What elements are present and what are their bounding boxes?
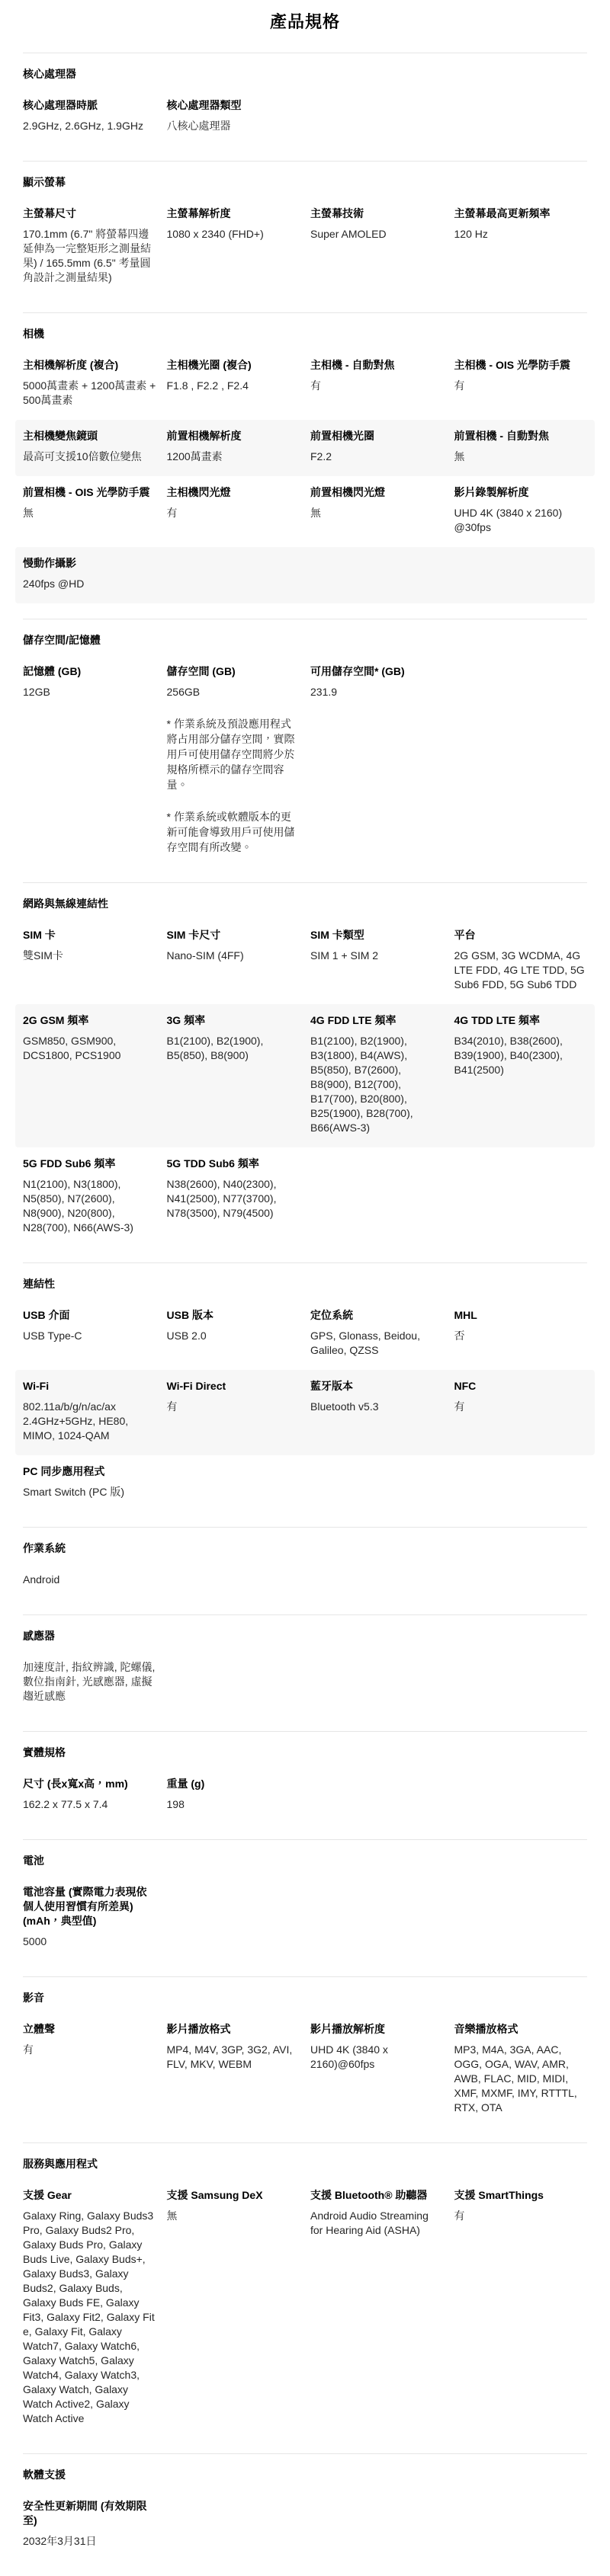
spec-value: N38(2600), N40(2300), N41(2500), N77(370… xyxy=(167,1177,300,1221)
section-title: 實體規格 xyxy=(23,1746,587,1760)
spec-section: 感應器 加速度計, 指紋辨識, 陀螺儀, 數位指南針, 光感應器, 虛擬趨近感應 xyxy=(15,1615,595,1731)
spec-value: 加速度計, 指紋辨識, 陀螺儀, 數位指南針, 光感應器, 虛擬趨近感應 xyxy=(23,1660,156,1704)
spec-value: B1(2100), B2(1900), B5(850), B8(900) xyxy=(167,1034,300,1063)
spec-label: 核心處理器時脈 xyxy=(23,98,156,113)
spec-value: F1.8 , F2.2 , F2.4 xyxy=(167,379,300,393)
spec-value: 有 xyxy=(454,1400,588,1414)
spec-label: Wi-Fi xyxy=(23,1379,156,1394)
spec-label: 平台 xyxy=(454,928,588,942)
spec-row: 立體聲 有 影片播放格式 MP4, M4V, 3GP, 3G2, AVI, FL… xyxy=(15,2013,595,2127)
spec-value: 無 xyxy=(454,450,588,464)
spec-value: 1200萬畫素 xyxy=(167,450,300,464)
spec-cell: SIM 卡尺寸 Nano-SIM (4FF) xyxy=(167,928,300,992)
spec-label: 前置相機 - OIS 光學防手震 xyxy=(23,485,156,500)
spec-label: 支援 Bluetooth® 助聽器 xyxy=(310,2188,444,2203)
spec-cell: 記憶體 (GB) 12GB xyxy=(23,664,156,855)
spec-value: 無 xyxy=(310,506,444,520)
page-title: 產品規格 xyxy=(0,9,610,33)
spec-cell: 前置相機光圈 F2.2 xyxy=(310,429,444,464)
spec-cell: 主相機 - 自動對焦 有 xyxy=(310,358,444,408)
spec-cell: SIM 卡類型 SIM 1 + SIM 2 xyxy=(310,928,444,992)
spec-cell: 主螢幕最高更新頻率 120 Hz xyxy=(454,206,588,285)
spec-cell: 平台 2G GSM, 3G WCDMA, 4G LTE FDD, 4G LTE … xyxy=(454,928,588,992)
spec-label: 前置相機光圈 xyxy=(310,429,444,443)
spec-cell: 支援 SmartThings 有 xyxy=(454,2188,588,2426)
spec-row: 主螢幕尺寸 170.1mm (6.7" 將螢幕四邊延伸為一完整矩形之測量結果) … xyxy=(15,197,595,297)
spec-value: 1080 x 2340 (FHD+) xyxy=(167,227,300,242)
spec-cell: Wi-Fi 802.11a/b/g/n/ac/ax 2.4GHz+5GHz, H… xyxy=(23,1379,156,1443)
spec-row: Wi-Fi 802.11a/b/g/n/ac/ax 2.4GHz+5GHz, H… xyxy=(15,1370,595,1455)
spec-label: 前置相機 - 自動對焦 xyxy=(454,429,588,443)
spec-cell: 主相機閃光燈 有 xyxy=(167,485,300,535)
spec-cell: USB 介面 USB Type-C xyxy=(23,1308,156,1358)
spec-label: SIM 卡尺寸 xyxy=(167,928,300,942)
spec-cell: USB 版本 USB 2.0 xyxy=(167,1308,300,1358)
spec-value: 802.11a/b/g/n/ac/ax 2.4GHz+5GHz, HE80, M… xyxy=(23,1400,156,1443)
spec-row: 安全性更新期間 (有效期限至) 2032年3月31日 xyxy=(15,2490,595,2561)
section-title: 顯示螢幕 xyxy=(23,175,587,190)
spec-value: 2G GSM, 3G WCDMA, 4G LTE FDD, 4G LTE TDD… xyxy=(454,949,588,992)
spec-value: 有 xyxy=(454,2209,588,2223)
spec-row: 加速度計, 指紋辨識, 陀螺儀, 數位指南針, 光感應器, 虛擬趨近感應 xyxy=(15,1651,595,1716)
spec-value: Nano-SIM (4FF) xyxy=(167,949,300,963)
spec-cell: 立體聲 有 xyxy=(23,2022,156,2115)
spec-cell: 尺寸 (長x寬x高，mm) 162.2 x 77.5 x 7.4 xyxy=(23,1777,156,1812)
spec-label: 可用儲存空間* (GB) xyxy=(310,664,444,679)
section-title: 軟體支援 xyxy=(23,2468,587,2482)
spec-value: 240fps @HD xyxy=(23,577,156,591)
spec-cell: 前置相機 - 自動對焦 無 xyxy=(454,429,588,464)
spec-value: 170.1mm (6.7" 將螢幕四邊延伸為一完整矩形之測量結果) / 165.… xyxy=(23,227,156,285)
spec-cell: 慢動作攝影 240fps @HD xyxy=(23,556,156,591)
spec-value: 有 xyxy=(310,379,444,393)
spec-value: USB 2.0 xyxy=(167,1329,300,1343)
spec-section: 連結性 USB 介面 USB Type-C USB 版本 USB 2.0 定位系… xyxy=(15,1263,595,1527)
section-title: 核心處理器 xyxy=(23,67,587,82)
spec-section: 服務與應用程式 支援 Gear Galaxy Ring, Galaxy Buds… xyxy=(15,2143,595,2453)
section-rows: 記憶體 (GB) 12GB 儲存空間 (GB) 256GB * 作業系統及預設應… xyxy=(15,655,595,867)
spec-value: 2032年3月31日 xyxy=(23,2534,156,2549)
spec-value: 5000 xyxy=(23,1934,156,1949)
spec-cell: 主螢幕尺寸 170.1mm (6.7" 將螢幕四邊延伸為一完整矩形之測量結果) … xyxy=(23,206,156,285)
spec-label: 5G FDD Sub6 頻率 xyxy=(23,1157,156,1171)
spec-value: 120 Hz xyxy=(454,227,588,242)
spec-label: 主相機變焦鏡頭 xyxy=(23,429,156,443)
spec-cell: 主相機 - OIS 光學防手震 有 xyxy=(454,358,588,408)
spec-value: N1(2100), N3(1800), N5(850), N7(2600), N… xyxy=(23,1177,156,1235)
spec-cell: 主相機解析度 (複合) 5000萬畫素 + 1200萬畫素 + 500萬畫素 xyxy=(23,358,156,408)
spec-cell: 影片播放格式 MP4, M4V, 3GP, 3G2, AVI, FLV, MKV… xyxy=(167,2022,300,2115)
spec-row: Android xyxy=(15,1563,595,1599)
spec-label: PC 同步應用程式 xyxy=(23,1464,156,1479)
spec-value: GSM850, GSM900, DCS1800, PCS1900 xyxy=(23,1034,156,1063)
spec-row: 支援 Gear Galaxy Ring, Galaxy Buds3 Pro, G… xyxy=(15,2179,595,2438)
section-title: 感應器 xyxy=(23,1629,587,1643)
spec-cell: 主相機變焦鏡頭 最高可支援10倍數位變焦 xyxy=(23,429,156,464)
spec-sections: 核心處理器 核心處理器時脈 2.9GHz, 2.6GHz, 1.9GHz 核心處… xyxy=(0,53,610,2576)
spec-label: 支援 Gear xyxy=(23,2188,156,2203)
spec-label: 主相機閃光燈 xyxy=(167,485,300,500)
spec-value: MP4, M4V, 3GP, 3G2, AVI, FLV, MKV, WEBM xyxy=(167,2043,300,2072)
section-title: 網路與無線連結性 xyxy=(23,897,587,911)
spec-value: 最高可支援10倍數位變焦 xyxy=(23,450,156,464)
spec-cell: 核心處理器類型 八核心處理器 xyxy=(167,98,300,133)
spec-cell: MHL 否 xyxy=(454,1308,588,1358)
spec-cell: 儲存空間 (GB) 256GB * 作業系統及預設應用程式將占用部分儲存空間，實… xyxy=(167,664,300,855)
section-title: 影音 xyxy=(23,1991,587,2005)
spec-cell: NFC 有 xyxy=(454,1379,588,1443)
spec-label: 5G TDD Sub6 頻率 xyxy=(167,1157,300,1171)
spec-value: 有 xyxy=(167,506,300,520)
spec-label: Wi-Fi Direct xyxy=(167,1379,300,1394)
spec-label: SIM 卡 xyxy=(23,928,156,942)
spec-value: F2.2 xyxy=(310,450,444,464)
spec-value: 2.9GHz, 2.6GHz, 1.9GHz xyxy=(23,119,156,133)
product-spec-page: 產品規格 核心處理器 核心處理器時脈 2.9GHz, 2.6GHz, 1.9GH… xyxy=(0,0,610,2576)
spec-cell: 4G TDD LTE 頻率 B34(2010), B38(2600), B39(… xyxy=(454,1013,588,1135)
spec-cell: 音樂播放格式 MP3, M4A, 3GA, AAC, OGG, OGA, WAV… xyxy=(454,2022,588,2115)
spec-row: 尺寸 (長x寬x高，mm) 162.2 x 77.5 x 7.4 重量 (g) … xyxy=(15,1768,595,1824)
spec-row: 慢動作攝影 240fps @HD xyxy=(15,547,595,603)
spec-cell: 影片錄製解析度 UHD 4K (3840 x 2160) @30fps xyxy=(454,485,588,535)
spec-label: USB 介面 xyxy=(23,1308,156,1323)
section-title: 相機 xyxy=(23,327,587,341)
spec-label: 前置相機閃光燈 xyxy=(310,485,444,500)
spec-label: 重量 (g) xyxy=(167,1777,300,1791)
spec-cell: 4G FDD LTE 頻率 B1(2100), B2(1900), B3(180… xyxy=(310,1013,444,1135)
spec-cell: 主螢幕解析度 1080 x 2340 (FHD+) xyxy=(167,206,300,285)
spec-row: USB 介面 USB Type-C USB 版本 USB 2.0 定位系統 GP… xyxy=(15,1299,595,1370)
spec-label: 影片播放格式 xyxy=(167,2022,300,2037)
spec-section: 影音 立體聲 有 影片播放格式 MP4, M4V, 3GP, 3G2, AVI,… xyxy=(15,1977,595,2142)
section-rows: 主相機解析度 (複合) 5000萬畫素 + 1200萬畫素 + 500萬畫素 主… xyxy=(15,349,595,603)
spec-label: 2G GSM 頻率 xyxy=(23,1013,156,1028)
spec-cell: 3G 頻率 B1(2100), B2(1900), B5(850), B8(90… xyxy=(167,1013,300,1135)
spec-cell: 前置相機解析度 1200萬畫素 xyxy=(167,429,300,464)
section-rows: USB 介面 USB Type-C USB 版本 USB 2.0 定位系統 GP… xyxy=(15,1299,595,1512)
spec-cell: 主相機光圈 (複合) F1.8 , F2.2 , F2.4 xyxy=(167,358,300,408)
spec-cell: SIM 卡 雙SIM卡 xyxy=(23,928,156,992)
section-rows: 支援 Gear Galaxy Ring, Galaxy Buds3 Pro, G… xyxy=(15,2179,595,2438)
spec-section: 相機 主相機解析度 (複合) 5000萬畫素 + 1200萬畫素 + 500萬畫… xyxy=(15,313,595,619)
spec-value: 231.9 xyxy=(310,685,444,699)
spec-cell: 重量 (g) 198 xyxy=(167,1777,300,1812)
spec-label: 安全性更新期間 (有效期限至) xyxy=(23,2499,156,2528)
spec-cell: Android xyxy=(23,1573,156,1587)
section-title: 電池 xyxy=(23,1854,587,1868)
spec-cell: PC 同步應用程式 Smart Switch (PC 版) xyxy=(23,1464,156,1499)
spec-value: 無 xyxy=(23,506,156,520)
spec-value: 八核心處理器 xyxy=(167,119,300,133)
spec-label: 3G 頻率 xyxy=(167,1013,300,1028)
section-rows: SIM 卡 雙SIM卡 SIM 卡尺寸 Nano-SIM (4FF) SIM 卡… xyxy=(15,919,595,1247)
spec-cell: 2G GSM 頻率 GSM850, GSM900, DCS1800, PCS19… xyxy=(23,1013,156,1135)
spec-label: 核心處理器類型 xyxy=(167,98,300,113)
spec-value: 否 xyxy=(454,1329,588,1343)
section-title: 作業系統 xyxy=(23,1541,587,1556)
spec-label: MHL xyxy=(454,1308,588,1323)
spec-value: 162.2 x 77.5 x 7.4 xyxy=(23,1797,156,1812)
spec-value: GPS, Glonass, Beidou, Galileo, QZSS xyxy=(310,1329,444,1358)
spec-value: MP3, M4A, 3GA, AAC, OGG, OGA, WAV, AMR, … xyxy=(454,2043,588,2115)
spec-value: B1(2100), B2(1900), B3(1800), B4(AWS), B… xyxy=(310,1034,444,1135)
spec-label: 主螢幕最高更新頻率 xyxy=(454,206,588,221)
spec-section: 儲存空間/記憶體 記憶體 (GB) 12GB 儲存空間 (GB) 256GB *… xyxy=(15,619,595,882)
storage-footnote: * 作業系統或軟體版本的更新可能會導致用戶可使用儲存空間有所改變。 xyxy=(167,809,300,855)
spec-label: 立體聲 xyxy=(23,2022,156,2037)
spec-cell: 加速度計, 指紋辨識, 陀螺儀, 數位指南針, 光感應器, 虛擬趨近感應 xyxy=(23,1660,156,1704)
spec-value: Android xyxy=(23,1573,156,1587)
spec-row: 2G GSM 頻率 GSM850, GSM900, DCS1800, PCS19… xyxy=(15,1004,595,1147)
spec-row: 前置相機 - OIS 光學防手震 無 主相機閃光燈 有 前置相機閃光燈 無 影片… xyxy=(15,476,595,547)
spec-section: 核心處理器 核心處理器時脈 2.9GHz, 2.6GHz, 1.9GHz 核心處… xyxy=(15,53,595,161)
spec-cell: 5G FDD Sub6 頻率 N1(2100), N3(1800), N5(85… xyxy=(23,1157,156,1235)
section-rows: 電池容量 (實際電力表現依個人使用習慣有所差異) (mAh，典型值) 5000 xyxy=(15,1876,595,1961)
spec-cell: 定位系統 GPS, Glonass, Beidou, Galileo, QZSS xyxy=(310,1308,444,1358)
section-title: 連結性 xyxy=(23,1277,587,1291)
spec-row: SIM 卡 雙SIM卡 SIM 卡尺寸 Nano-SIM (4FF) SIM 卡… xyxy=(15,919,595,1004)
section-rows: 立體聲 有 影片播放格式 MP4, M4V, 3GP, 3G2, AVI, FL… xyxy=(15,2013,595,2127)
section-rows: 加速度計, 指紋辨識, 陀螺儀, 數位指南針, 光感應器, 虛擬趨近感應 xyxy=(15,1651,595,1716)
spec-section: 軟體支援 安全性更新期間 (有效期限至) 2032年3月31日 xyxy=(15,2454,595,2576)
spec-value: 雙SIM卡 xyxy=(23,949,156,963)
spec-value: USB Type-C xyxy=(23,1329,156,1343)
section-rows: 尺寸 (長x寬x高，mm) 162.2 x 77.5 x 7.4 重量 (g) … xyxy=(15,1768,595,1824)
spec-label: 主相機 - OIS 光學防手震 xyxy=(454,358,588,373)
spec-section: 顯示螢幕 主螢幕尺寸 170.1mm (6.7" 將螢幕四邊延伸為一完整矩形之測… xyxy=(15,162,595,312)
spec-section: 實體規格 尺寸 (長x寬x高，mm) 162.2 x 77.5 x 7.4 重量… xyxy=(15,1732,595,1839)
spec-label: 藍牙版本 xyxy=(310,1379,444,1394)
spec-label: 影片錄製解析度 xyxy=(454,485,588,500)
spec-label: 主相機光圈 (複合) xyxy=(167,358,300,373)
spec-cell: 支援 Samsung DeX 無 xyxy=(167,2188,300,2426)
spec-label: 主螢幕技術 xyxy=(310,206,444,221)
spec-label: SIM 卡類型 xyxy=(310,928,444,942)
spec-cell: 影片播放解析度 UHD 4K (3840 x 2160)@60fps xyxy=(310,2022,444,2115)
spec-cell: 電池容量 (實際電力表現依個人使用習慣有所差異) (mAh，典型值) 5000 xyxy=(23,1885,156,1949)
spec-value: 有 xyxy=(167,1400,300,1414)
spec-value: Smart Switch (PC 版) xyxy=(23,1485,156,1499)
spec-label: 支援 Samsung DeX xyxy=(167,2188,300,2203)
spec-cell: 可用儲存空間* (GB) 231.9 xyxy=(310,664,444,855)
spec-label: USB 版本 xyxy=(167,1308,300,1323)
spec-label: 前置相機解析度 xyxy=(167,429,300,443)
spec-label: 主螢幕解析度 xyxy=(167,206,300,221)
spec-value: B34(2010), B38(2600), B39(1900), B40(230… xyxy=(454,1034,588,1077)
spec-row: PC 同步應用程式 Smart Switch (PC 版) xyxy=(15,1455,595,1512)
spec-row: 主相機解析度 (複合) 5000萬畫素 + 1200萬畫素 + 500萬畫素 主… xyxy=(15,349,595,420)
spec-cell: 前置相機閃光燈 無 xyxy=(310,485,444,535)
spec-cell: 藍牙版本 Bluetooth v5.3 xyxy=(310,1379,444,1443)
spec-section: 網路與無線連結性 SIM 卡 雙SIM卡 SIM 卡尺寸 Nano-SIM (4… xyxy=(15,883,595,1262)
spec-section: 作業系統 Android xyxy=(15,1528,595,1614)
spec-cell: 支援 Gear Galaxy Ring, Galaxy Buds3 Pro, G… xyxy=(23,2188,156,2426)
spec-notes: * 作業系統及預設應用程式將占用部分儲存空間，實際用戶可使用儲存空間將少於規格所… xyxy=(167,716,300,855)
spec-row: 電池容量 (實際電力表現依個人使用習慣有所差異) (mAh，典型值) 5000 xyxy=(15,1876,595,1961)
spec-value: 5000萬畫素 + 1200萬畫素 + 500萬畫素 xyxy=(23,379,156,408)
spec-label: 主螢幕尺寸 xyxy=(23,206,156,221)
spec-label: 記憶體 (GB) xyxy=(23,664,156,679)
spec-cell: 安全性更新期間 (有效期限至) 2032年3月31日 xyxy=(23,2499,156,2549)
section-rows: 安全性更新期間 (有效期限至) 2032年3月31日 xyxy=(15,2490,595,2561)
spec-value: Galaxy Ring, Galaxy Buds3 Pro, Galaxy Bu… xyxy=(23,2209,156,2426)
spec-cell: 主螢幕技術 Super AMOLED xyxy=(310,206,444,285)
spec-row: 5G FDD Sub6 頻率 N1(2100), N3(1800), N5(85… xyxy=(15,1147,595,1247)
spec-value: Super AMOLED xyxy=(310,227,444,242)
section-rows: Android xyxy=(15,1563,595,1599)
spec-cell: 5G TDD Sub6 頻率 N38(2600), N40(2300), N41… xyxy=(167,1157,300,1235)
section-title: 服務與應用程式 xyxy=(23,2157,587,2171)
spec-value: 無 xyxy=(167,2209,300,2223)
spec-cell: 支援 Bluetooth® 助聽器 Android Audio Streamin… xyxy=(310,2188,444,2426)
section-rows: 主螢幕尺寸 170.1mm (6.7" 將螢幕四邊延伸為一完整矩形之測量結果) … xyxy=(15,197,595,297)
spec-value: 198 xyxy=(167,1797,300,1812)
spec-value: SIM 1 + SIM 2 xyxy=(310,949,444,963)
spec-row: 核心處理器時脈 2.9GHz, 2.6GHz, 1.9GHz 核心處理器類型 八… xyxy=(15,89,595,146)
spec-value: 有 xyxy=(23,2043,156,2057)
spec-label: 4G TDD LTE 頻率 xyxy=(454,1013,588,1028)
spec-label: 電池容量 (實際電力表現依個人使用習慣有所差異) (mAh，典型值) xyxy=(23,1885,156,1928)
spec-cell: 前置相機 - OIS 光學防手震 無 xyxy=(23,485,156,535)
spec-label: 4G FDD LTE 頻率 xyxy=(310,1013,444,1028)
storage-footnote: * 作業系統及預設應用程式將占用部分儲存空間，實際用戶可使用儲存空間將少於規格所… xyxy=(167,716,300,792)
spec-cell: 核心處理器時脈 2.9GHz, 2.6GHz, 1.9GHz xyxy=(23,98,156,133)
spec-section: 電池 電池容量 (實際電力表現依個人使用習慣有所差異) (mAh，典型值) 50… xyxy=(15,1840,595,1976)
spec-value: 256GB xyxy=(167,685,300,699)
spec-label: 影片播放解析度 xyxy=(310,2022,444,2037)
spec-value: UHD 4K (3840 x 2160) @30fps xyxy=(454,506,588,535)
spec-value: Android Audio Streaming for Hearing Aid … xyxy=(310,2209,444,2238)
spec-label: 定位系統 xyxy=(310,1308,444,1323)
spec-label: 音樂播放格式 xyxy=(454,2022,588,2037)
section-title: 儲存空間/記憶體 xyxy=(23,633,587,648)
spec-row: 主相機變焦鏡頭 最高可支援10倍數位變焦 前置相機解析度 1200萬畫素 前置相… xyxy=(15,420,595,476)
spec-value: 12GB xyxy=(23,685,156,699)
spec-row: 記憶體 (GB) 12GB 儲存空間 (GB) 256GB * 作業系統及預設應… xyxy=(15,655,595,867)
spec-label: 尺寸 (長x寬x高，mm) xyxy=(23,1777,156,1791)
spec-label: 主相機解析度 (複合) xyxy=(23,358,156,373)
spec-label: NFC xyxy=(454,1379,588,1394)
section-rows: 核心處理器時脈 2.9GHz, 2.6GHz, 1.9GHz 核心處理器類型 八… xyxy=(15,89,595,146)
spec-label: 支援 SmartThings xyxy=(454,2188,588,2203)
spec-label: 慢動作攝影 xyxy=(23,556,156,571)
spec-value: UHD 4K (3840 x 2160)@60fps xyxy=(310,2043,444,2072)
spec-label: 儲存空間 (GB) xyxy=(167,664,300,679)
spec-label: 主相機 - 自動對焦 xyxy=(310,358,444,373)
spec-cell: Wi-Fi Direct 有 xyxy=(167,1379,300,1443)
spec-value: Bluetooth v5.3 xyxy=(310,1400,444,1414)
spec-value: 有 xyxy=(454,379,588,393)
